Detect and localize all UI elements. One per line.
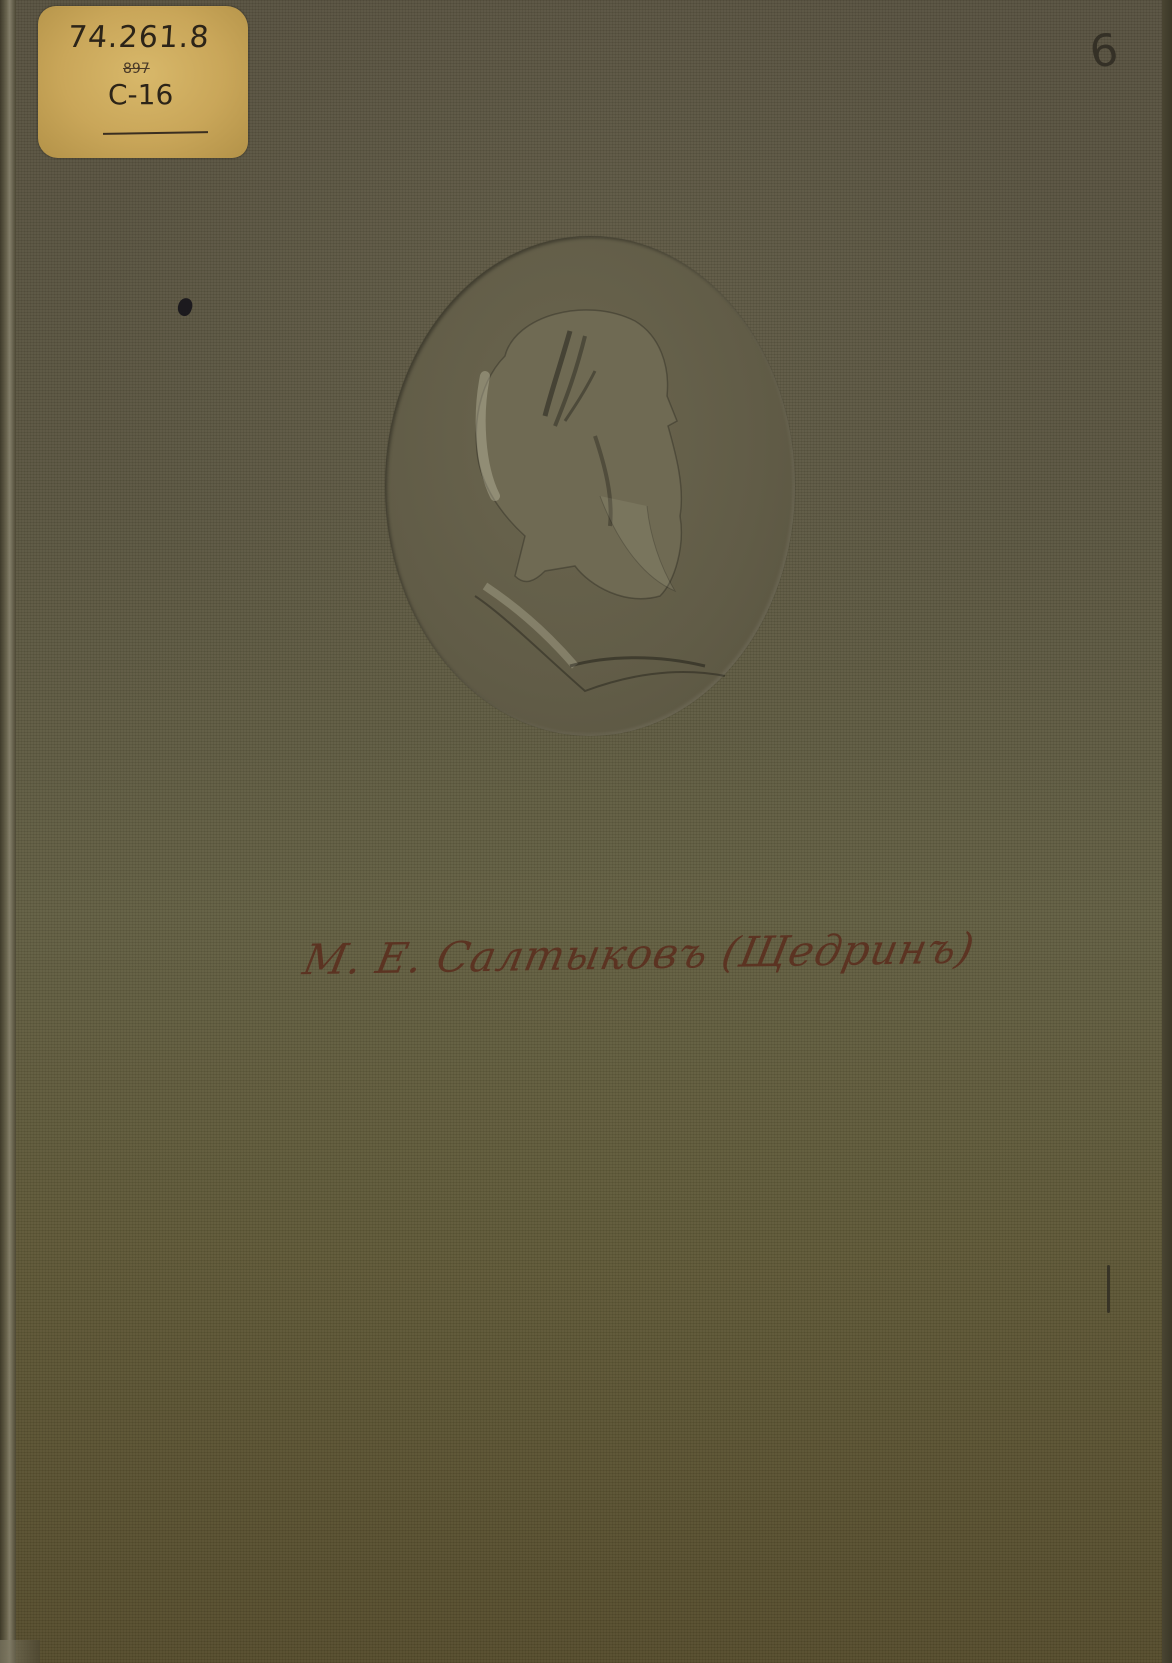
profile-portrait-icon	[385, 236, 795, 736]
author-signature: М. Е. Салтыковъ (Щедринъ)	[289, 925, 911, 1035]
scratch-mark	[1107, 1265, 1110, 1313]
volume-number: 6	[1087, 24, 1122, 78]
worn-corner	[0, 1640, 40, 1663]
label-underline	[103, 131, 208, 135]
author-mark: С-16	[108, 78, 208, 111]
portrait-medallion	[385, 236, 795, 736]
ink-spot	[175, 296, 194, 318]
spine-edge	[0, 0, 16, 1663]
crossed-out-mark: 897	[123, 61, 163, 77]
library-shelf-label: 74.261.8 897 С-16	[38, 6, 248, 158]
shelf-mark-number: 74.261.8	[67, 20, 219, 55]
right-edge	[1162, 0, 1172, 1663]
book-cover: 74.261.8 897 С-16 6 М. Е. Салтыковъ (Щед…	[0, 0, 1172, 1663]
